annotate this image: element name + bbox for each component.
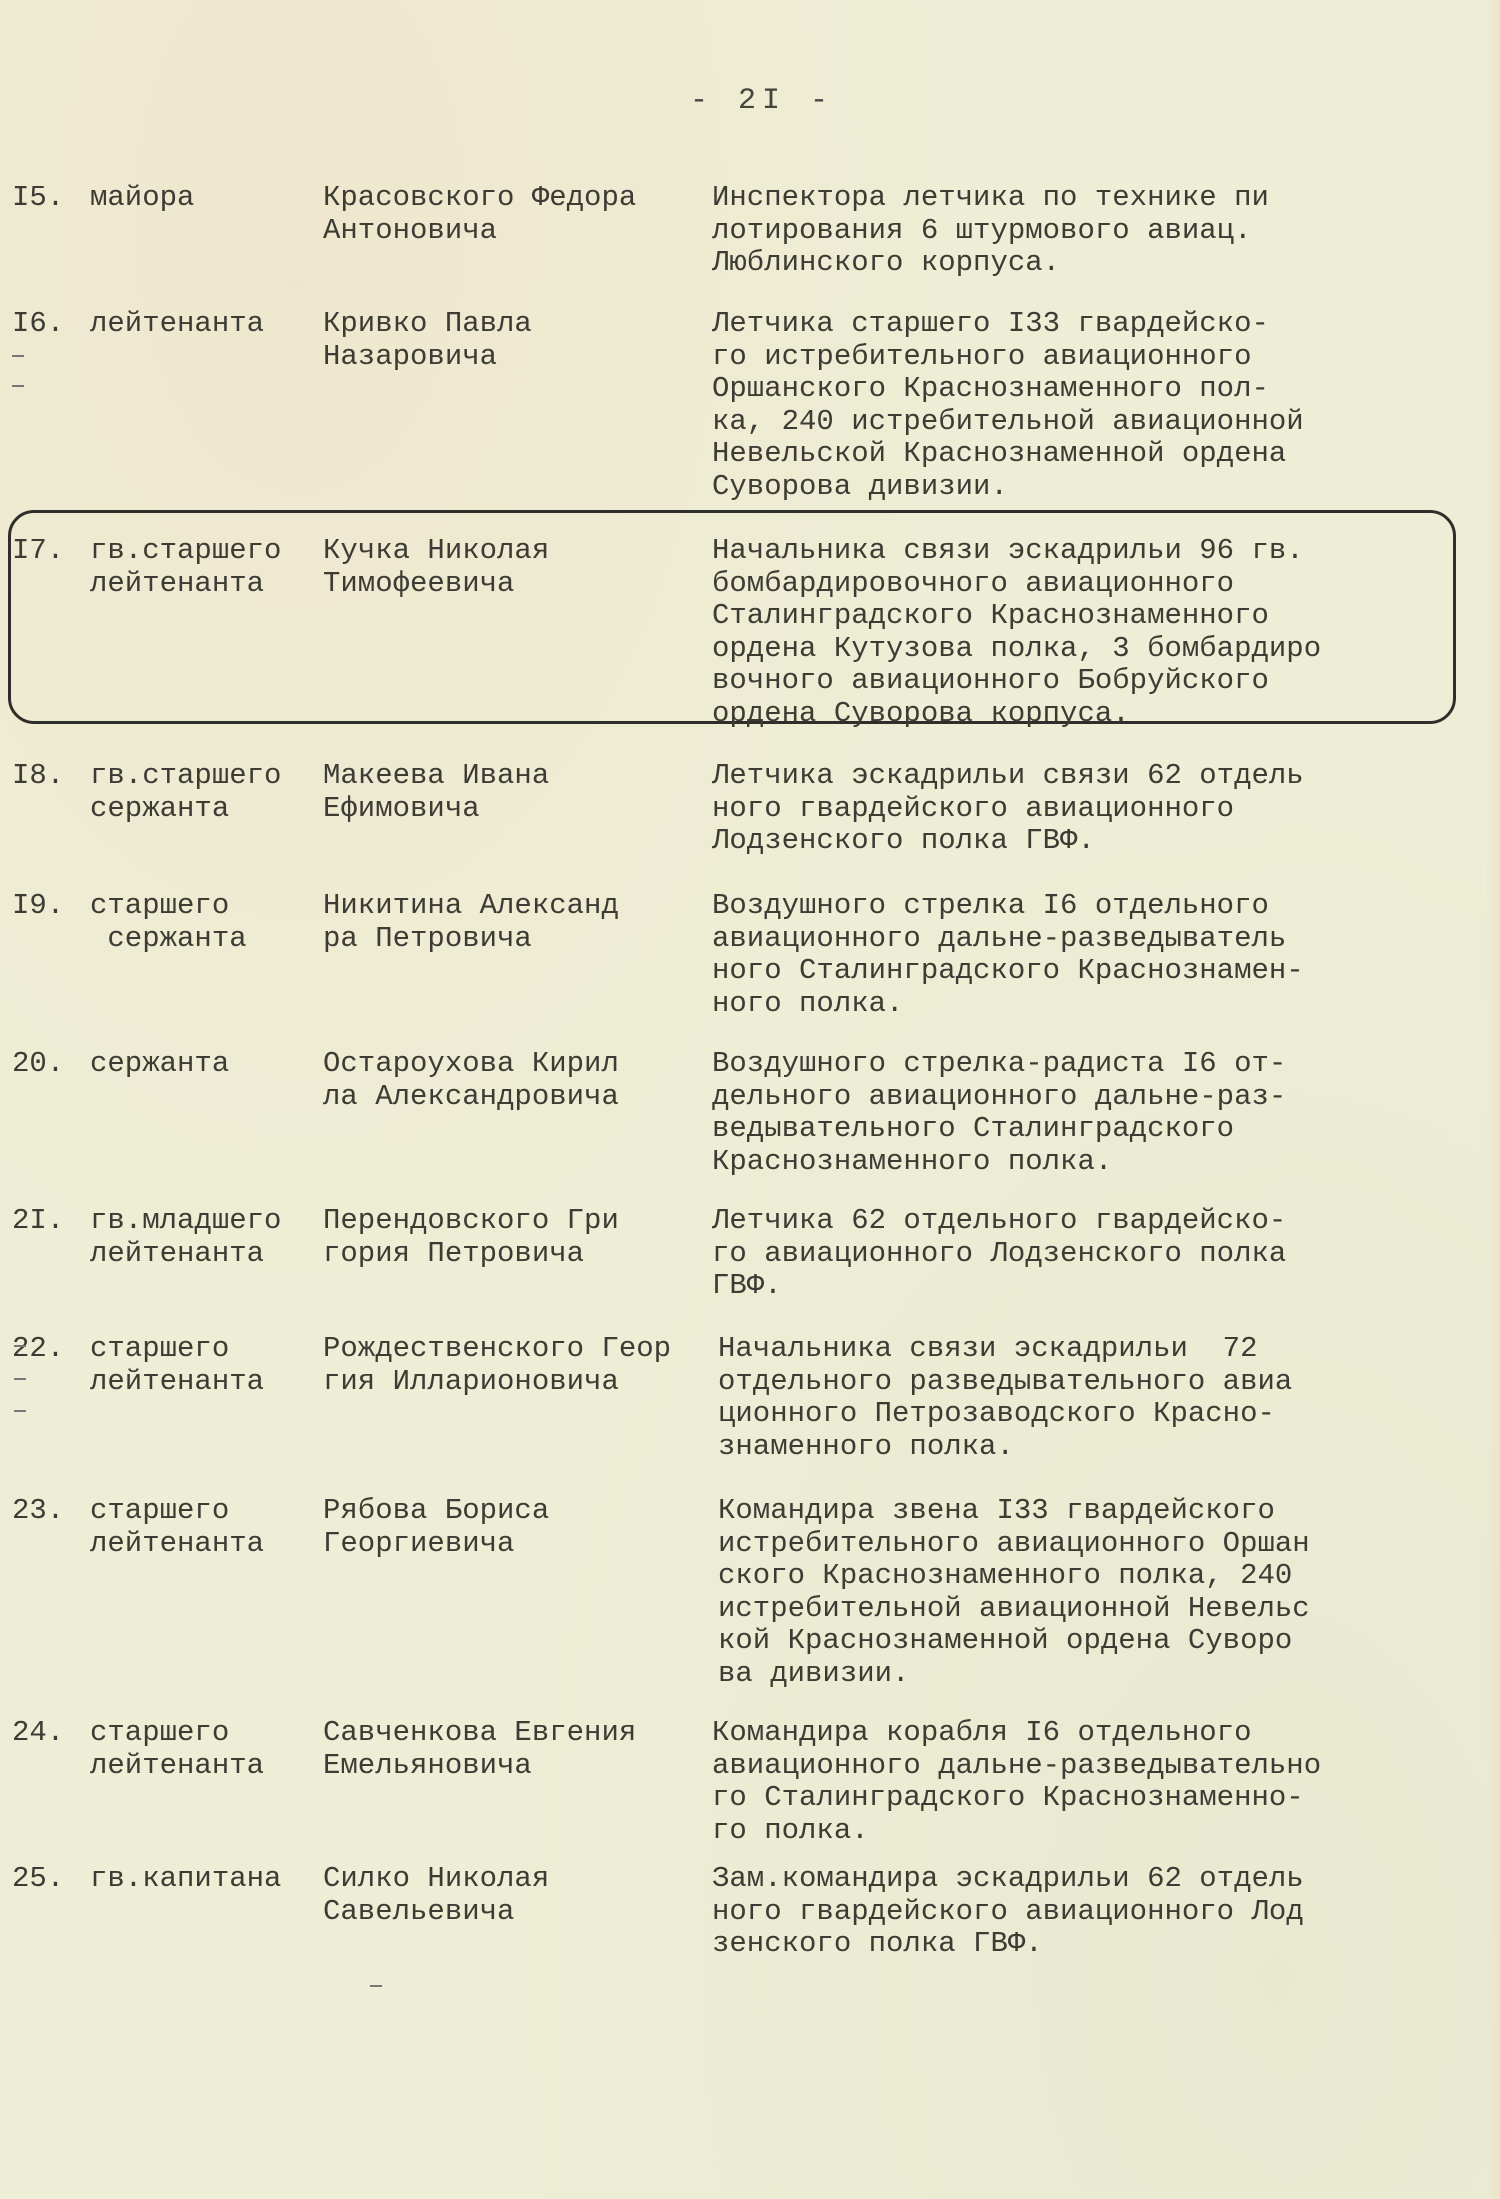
military-rank-line: гв.капитана (90, 1863, 281, 1896)
entry-number: 25. (12, 1863, 64, 1896)
military-rank-line: гв.старшего (90, 760, 281, 793)
position-description-line: Начальника связи эскадрильи 96 гв. (712, 535, 1321, 568)
person-name-line: Никитина Александ (323, 890, 619, 923)
position-description-line: ка, 240 истребительной авиационной (712, 406, 1304, 439)
position-description-line: Начальника связи эскадрильи 72 (718, 1333, 1292, 1366)
stray-mark (12, 385, 24, 387)
position-description-line: дельного авиационного дальне-раз- (712, 1081, 1286, 1114)
person-name: Красовского ФедораАнтоновича (323, 182, 636, 247)
person-name-line: Георгиевича (323, 1528, 549, 1561)
position-description-line: ского Краснознаменного полка, 240 (718, 1560, 1310, 1593)
military-rank-line: лейтенанта (90, 1528, 264, 1561)
stray-mark (12, 355, 24, 357)
person-name-line: гория Петровича (323, 1238, 619, 1271)
position-description-line: го полка. (712, 1815, 1321, 1848)
entry-number: I6. (12, 308, 64, 341)
position-description-line: Летчика эскадрильи связи 62 отдель (712, 760, 1304, 793)
entry-number: 24. (12, 1717, 64, 1750)
military-rank: гв.старшеголейтенанта (90, 535, 281, 600)
position-description-line: отдельного разведывательного авиа (718, 1366, 1292, 1399)
position-description: Летчика 62 отдельного гвардейско-го авиа… (712, 1205, 1286, 1303)
person-name-line: Кривко Павла (323, 308, 532, 341)
position-description-line: Оршанского Краснознаменного пол- (712, 373, 1304, 406)
entry-number: I5. (12, 182, 64, 215)
person-name: Кучка НиколаяТимофеевича (323, 535, 549, 600)
entry-number: I7. (12, 535, 64, 568)
military-rank: гв.капитана (90, 1863, 281, 1896)
position-description-line: Командира корабля I6 отдельного (712, 1717, 1321, 1750)
position-description: Летчика эскадрильи связи 62 отдельного г… (712, 760, 1304, 858)
military-rank: гв.старшегосержанта (90, 760, 281, 825)
entry-number: 22. (12, 1333, 64, 1366)
position-description-line: истребительной авиационной Невельс (718, 1593, 1310, 1626)
position-description-line: лотирования 6 штурмового авиац. (712, 215, 1269, 248)
stray-mark (14, 1378, 26, 1380)
military-rank-line: сержанта (90, 793, 281, 826)
military-rank-line: старшего (90, 1495, 264, 1528)
position-description: Инспектора летчика по технике пилотирова… (712, 182, 1269, 280)
position-description-line: го истребительного авиационного (712, 341, 1304, 374)
entry-number: 20. (12, 1048, 64, 1081)
position-description: Начальника связи эскадрильи 96 гв.бомбар… (712, 535, 1321, 730)
document-page: - 2I - I5.майораКрасовского ФедораАнтоно… (0, 0, 1500, 2199)
person-name-line: Савельевича (323, 1896, 549, 1929)
military-rank-line: лейтенанта (90, 1750, 264, 1783)
position-description-line: кой Краснознаменной ордена Суворо (718, 1625, 1310, 1658)
military-rank-line: сержанта (90, 923, 247, 956)
military-rank: старшеголейтенанта (90, 1495, 264, 1560)
position-description-line: авиационного дальне-разведывательно (712, 1750, 1321, 1783)
person-name: Савченкова ЕвгенияЕмельяновича (323, 1717, 636, 1782)
military-rank-line: лейтенанта (90, 1366, 264, 1399)
position-description-line: Командира звена I33 гвардейского (718, 1495, 1310, 1528)
position-description-line: ного гвардейского авиационного Лод (712, 1896, 1304, 1929)
position-description: Летчика старшего I33 гвардейско-го истре… (712, 308, 1304, 503)
military-rank-line: старшего (90, 890, 247, 923)
position-description-line: Воздушного стрелка I6 отдельного (712, 890, 1304, 923)
person-name: Рябова БорисаГеоргиевича (323, 1495, 549, 1560)
stray-mark (14, 1410, 26, 1412)
position-description-line: зенского полка ГВФ. (712, 1928, 1304, 1961)
position-description-line: авиационного дальне-разведыватель (712, 923, 1304, 956)
position-description-line: ордена Суворова корпуса. (712, 698, 1321, 731)
military-rank-line: сержанта (90, 1048, 229, 1081)
position-description-line: го авиационного Лодзенского полка (712, 1238, 1286, 1271)
position-description-line: Сталинградского Краснознаменного (712, 600, 1321, 633)
position-description-line: Воздушного стрелка-радиста I6 от- (712, 1048, 1286, 1081)
person-name-line: Савченкова Евгения (323, 1717, 636, 1750)
position-description-line: го Сталинградского Краснознаменно- (712, 1782, 1321, 1815)
position-description-line: Летчика 62 отдельного гвардейско- (712, 1205, 1286, 1238)
person-name: Силко НиколаяСавельевича (323, 1863, 549, 1928)
entry-number: I9. (12, 890, 64, 923)
position-description-line: бомбардировочного авиационного (712, 568, 1321, 601)
entry-number: 2I. (12, 1205, 64, 1238)
person-name-line: ла Александровича (323, 1081, 619, 1114)
position-description-line: Зам.командира эскадрильи 62 отдель (712, 1863, 1304, 1896)
position-description: Зам.командира эскадрильи 62 отдельного г… (712, 1863, 1304, 1961)
person-name: Остароухова Кирилла Александровича (323, 1048, 619, 1113)
entry-number: 23. (12, 1495, 64, 1528)
position-description-line: ного гвардейского авиационного (712, 793, 1304, 826)
military-rank-line: майора (90, 182, 194, 215)
position-description: Воздушного стрелка I6 отдельногоавиацион… (712, 890, 1304, 1020)
position-description-line: вочного авиационного Бобруйского (712, 665, 1321, 698)
person-name: Рождественского Георгия Илларионовича (323, 1333, 671, 1398)
person-name: Перендовского Григория Петровича (323, 1205, 619, 1270)
position-description-line: Люблинского корпуса. (712, 247, 1269, 280)
military-rank: сержанта (90, 1048, 229, 1081)
military-rank: майора (90, 182, 194, 215)
page-number: - 2I - (690, 84, 834, 118)
position-description-line: Летчика старшего I33 гвардейско- (712, 308, 1304, 341)
military-rank-line: лейтенанта (90, 1238, 281, 1271)
military-rank-line: лейтенанта (90, 568, 281, 601)
position-description-line: Суворова дивизии. (712, 471, 1304, 504)
military-rank-line: лейтенанта (90, 308, 264, 341)
position-description-line: Инспектора летчика по технике пи (712, 182, 1269, 215)
military-rank-line: старшего (90, 1717, 264, 1750)
position-description-line: ГВФ. (712, 1270, 1286, 1303)
person-name-line: Рождественского Геор (323, 1333, 671, 1366)
person-name-line: Кучка Николая (323, 535, 549, 568)
position-description-line: ного полка. (712, 988, 1304, 1021)
person-name-line: Макеева Ивана (323, 760, 549, 793)
military-rank: старшего сержанта (90, 890, 247, 955)
person-name-line: Назаровича (323, 341, 532, 374)
stray-mark (370, 1985, 382, 1987)
person-name: Кривко ПавлаНазаровича (323, 308, 532, 373)
paper-edge (1486, 0, 1500, 2199)
position-description: Командира корабля I6 отдельногоавиационн… (712, 1717, 1321, 1847)
position-description-line: ва дивизии. (718, 1658, 1310, 1691)
position-description: Начальника связи эскадрильи 72отдельного… (718, 1333, 1292, 1463)
military-rank-line: гв.младшего (90, 1205, 281, 1238)
person-name-line: Тимофеевича (323, 568, 549, 601)
position-description-line: знаменного полка. (718, 1431, 1292, 1464)
position-description-line: Невельской Краснознаменной ордена (712, 438, 1304, 471)
position-description-line: ного Сталинградского Краснознамен- (712, 955, 1304, 988)
person-name-line: Антоновича (323, 215, 636, 248)
military-rank: старшеголейтенанта (90, 1717, 264, 1782)
position-description-line: истребительного авиационного Оршан (718, 1528, 1310, 1561)
person-name: Никитина Александра Петровича (323, 890, 619, 955)
entry-number: I8. (12, 760, 64, 793)
position-description-line: ордена Кутузова полка, 3 бомбардиро (712, 633, 1321, 666)
position-description: Воздушного стрелка-радиста I6 от-дельног… (712, 1048, 1286, 1178)
military-rank: лейтенанта (90, 308, 264, 341)
military-rank-line: гв.старшего (90, 535, 281, 568)
person-name-line: Остароухова Кирил (323, 1048, 619, 1081)
military-rank: гв.младшеголейтенанта (90, 1205, 281, 1270)
military-rank: старшеголейтенанта (90, 1333, 264, 1398)
position-description-line: ведывательного Сталинградского (712, 1113, 1286, 1146)
person-name-line: Красовского Федора (323, 182, 636, 215)
person-name-line: Рябова Бориса (323, 1495, 549, 1528)
person-name-line: ра Петровича (323, 923, 619, 956)
person-name-line: Перендовского Гри (323, 1205, 619, 1238)
position-description-line: Лодзенского полка ГВФ. (712, 825, 1304, 858)
person-name-line: Ефимовича (323, 793, 549, 826)
position-description: Командира звена I33 гвардейскогоистребит… (718, 1495, 1310, 1690)
position-description-line: ционного Петрозаводского Красно- (718, 1398, 1292, 1431)
stray-mark (14, 1345, 26, 1347)
person-name-line: Силко Николая (323, 1863, 549, 1896)
military-rank-line: старшего (90, 1333, 264, 1366)
person-name-line: Емельяновича (323, 1750, 636, 1783)
person-name-line: гия Илларионовича (323, 1366, 671, 1399)
person-name: Макеева ИванаЕфимовича (323, 760, 549, 825)
position-description-line: Краснознаменного полка. (712, 1146, 1286, 1179)
